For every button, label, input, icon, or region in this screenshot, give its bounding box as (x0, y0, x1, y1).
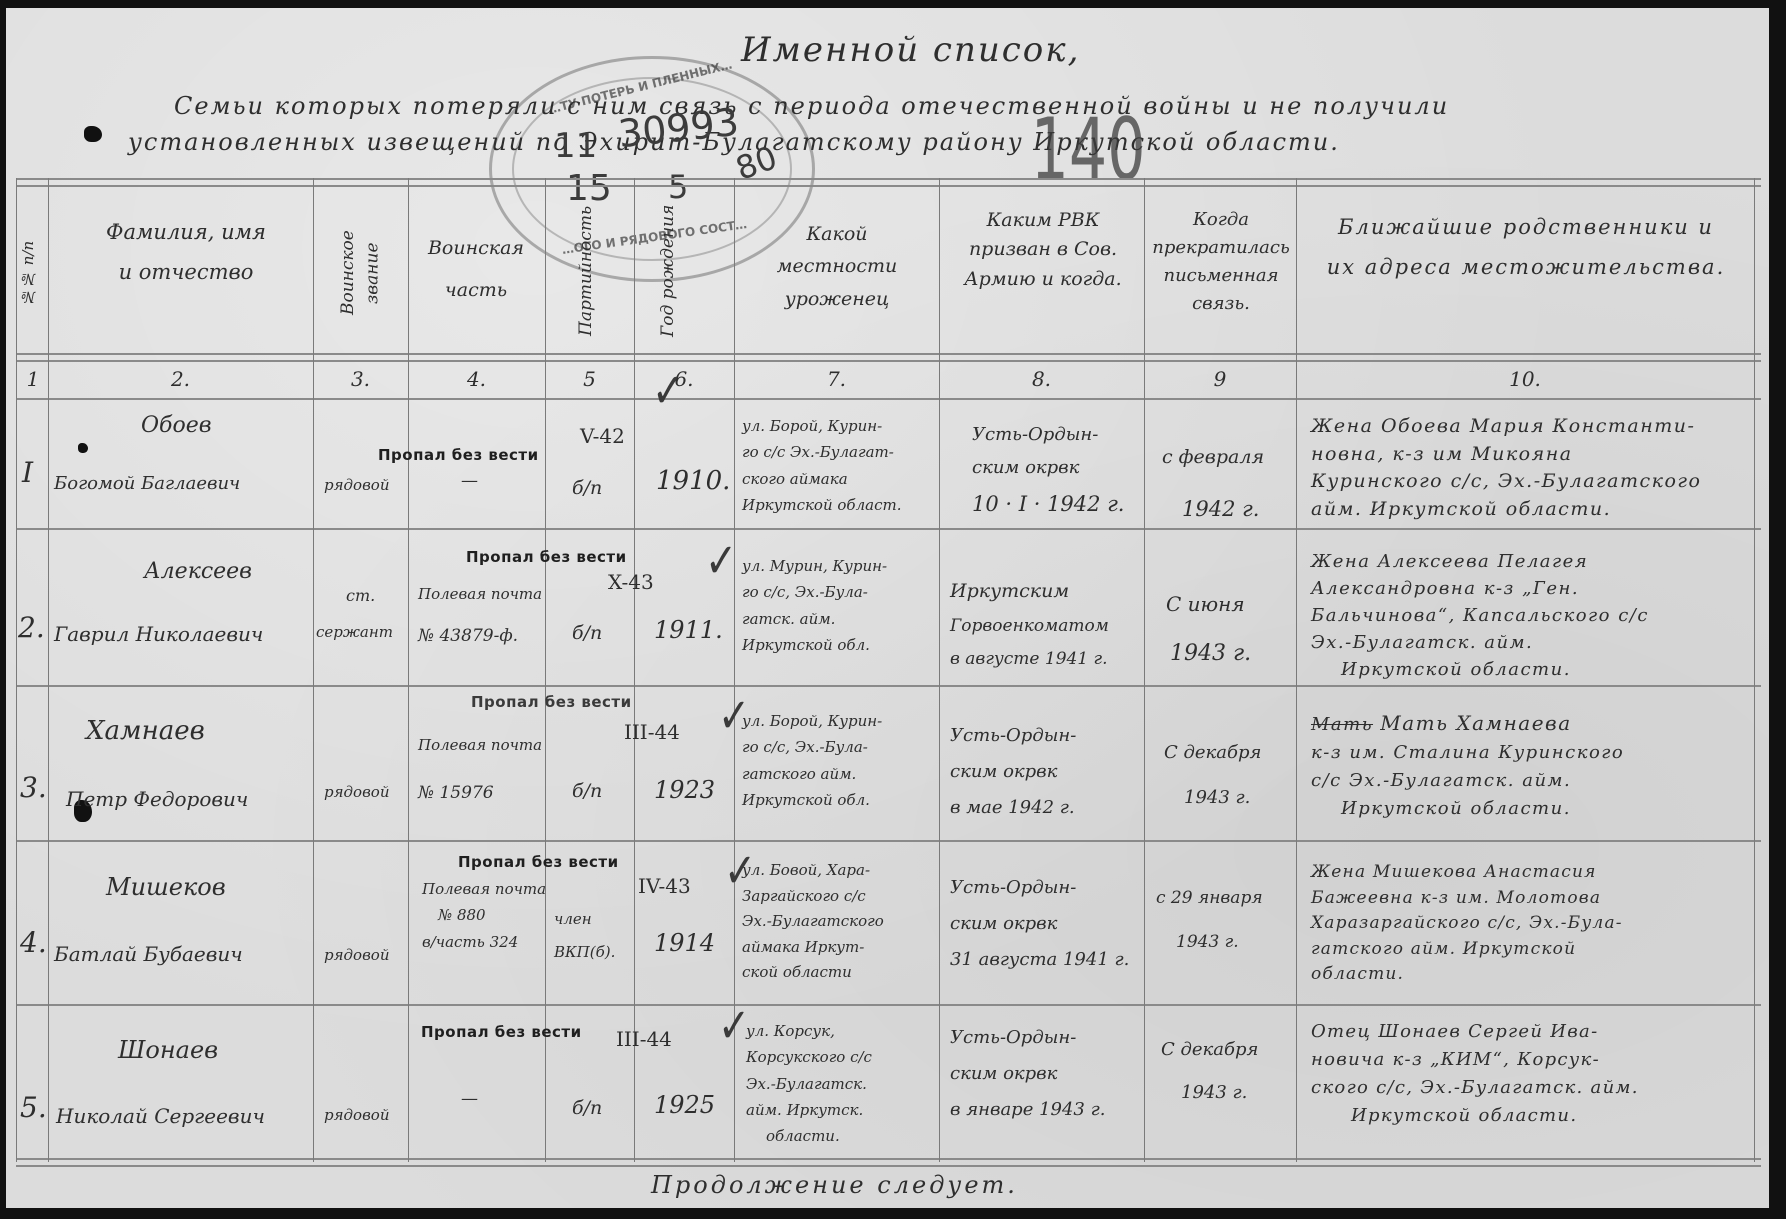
colnum-7: 7. (734, 365, 939, 394)
birth-year: 1910. (656, 463, 730, 501)
continuation-note: Продолжение следует. (651, 1171, 1018, 1199)
header-origin: Какой местности уроженец (746, 218, 928, 315)
mark: X-43 (608, 566, 654, 598)
lost-contact: С декабря1943 г. (1164, 730, 1292, 820)
colnum-1: 1 (18, 365, 48, 394)
drafted: Усть-Ордын-ским окрвк10 · I · 1942 г. (972, 418, 1142, 523)
given-names: Батлай Бубаевич (54, 938, 243, 970)
mark-11: 11 (554, 126, 597, 166)
surname: Мишеков (106, 870, 226, 905)
colnum-3: 3. (313, 365, 408, 394)
rank: сержант (316, 620, 393, 644)
paper-hole (84, 126, 102, 142)
row-number: I (22, 453, 33, 494)
row-number: 5. (20, 1088, 47, 1129)
unit: Полевая почта№ 15976 (418, 723, 548, 819)
struck-word: Мать (1311, 714, 1373, 735)
checkmark-icon: ✓ (705, 533, 737, 589)
origin: ул. Борой, Курин-го с/с, Эх.-Була-гатско… (742, 708, 937, 813)
unit: — (461, 468, 478, 495)
party: б/п (572, 776, 602, 806)
party: б/п (572, 1093, 602, 1123)
relatives: Мать Мать Хамнаева к-з им. Сталина Курин… (1311, 708, 1751, 823)
unit: — (461, 1086, 478, 1113)
drafted: ИркутскимГорвоенкоматомв августе 1941 г. (950, 573, 1142, 676)
birth-year: 1914 (654, 926, 715, 961)
document-title: Именной список, (741, 30, 1080, 70)
paper-hole (78, 443, 88, 453)
relatives: Жена Алексеева ПелагеяАлександровна к-з … (1311, 548, 1751, 683)
given-names: Гаврил Николаевич (54, 618, 263, 650)
relatives: Отец Шонаев Сергей Ива-новича к-з „КИМ“,… (1311, 1018, 1751, 1130)
document-subtitle-line1: Семьи которых потеряли с ним связь с пер… (174, 92, 1449, 120)
rank: рядовой (324, 780, 390, 804)
header-drafted: Каким РВК призван в Сов. Армию и когда. (948, 206, 1138, 294)
colnum-2: 2. (48, 365, 313, 394)
row-number: 4. (20, 923, 47, 964)
birth-year: 1923 (654, 773, 715, 808)
header-unit: Воинская часть (426, 228, 526, 312)
checkmark-icon: ✓ (652, 363, 684, 419)
lost-contact: с 29 января1943 г. (1156, 876, 1294, 964)
rank-prefix: ст. (346, 583, 375, 609)
missing-stamp: Пропал без вести (471, 693, 632, 711)
missing-stamp: Пропал без вести (378, 446, 539, 464)
unit: Полевая почта№ 880в/часть 324 (422, 876, 552, 955)
large-pencil-number: 140 (1031, 100, 1146, 200)
relatives: Жена Обоева Мария Константи-новна, к-з и… (1311, 413, 1751, 523)
document-page: …ТУ ПОТЕРЬ И ПЛЕННЫХ… …ОГО И РЯДОВОГО СО… (6, 8, 1769, 1208)
mark: IV-43 (638, 870, 691, 902)
header-number: №№ п/п (18, 198, 46, 348)
lost-contact: с февраля1942 г. (1162, 433, 1292, 537)
lost-contact: С декабря1943 г. (1161, 1028, 1293, 1114)
unit: Полевая почта№ 43879-ф. (418, 575, 548, 658)
given-names: Петр Федорович (66, 783, 248, 815)
row-number: 3. (20, 768, 47, 809)
header-rank: Воинское звание (336, 203, 386, 343)
surname: Алексеев (144, 556, 252, 588)
header-lost-contact: Когда прекратилась письменная связь. (1152, 206, 1290, 318)
origin: ул. Борой, Курин-го с/с Эх.-Булагат-ског… (742, 413, 937, 518)
surname: Шонаев (118, 1033, 218, 1068)
missing-stamp: Пропал без вести (458, 853, 619, 871)
header-party: Партийность (574, 193, 608, 348)
row-number: 2. (18, 608, 45, 649)
origin: ул. Бовой, Хара-Заргайского с/сЭх.-Булаг… (742, 858, 937, 986)
origin: ул. Мурин, Курин-го с/с, Эх.-Була-гатск.… (742, 553, 937, 658)
given-names: Николай Сергеевич (56, 1100, 265, 1132)
mark: III-44 (616, 1023, 672, 1055)
colnum-5: 5 (545, 365, 634, 394)
surname: Обоев (141, 410, 212, 442)
rank: рядовой (324, 473, 390, 497)
lost-contact: С июня1943 г. (1166, 580, 1294, 681)
party: б/п (572, 473, 602, 503)
header-full-name: Фамилия, имя и отчество (96, 213, 276, 293)
header-relatives: Ближайшие родственники и их адреса место… (1326, 208, 1726, 288)
birth-year: 1925 (654, 1088, 715, 1123)
mark: V-42 (580, 420, 625, 452)
missing-stamp: Пропал без вести (421, 1023, 582, 1041)
drafted: Усть-Ордын-ским окрвкв январе 1943 г. (950, 1020, 1142, 1128)
colnum-8: 8. (939, 365, 1144, 394)
party: членВКП(б). (554, 903, 634, 969)
rank: рядовой (324, 943, 390, 967)
colnum-4: 4. (408, 365, 545, 394)
surname: Хамнаев (86, 713, 205, 751)
drafted: Усть-Ордын-ским окрвк31 августа 1941 г. (950, 870, 1142, 978)
birth-year: 1911. (654, 613, 723, 648)
origin: ул. Корсук,Корсукского с/сЭх.-Булагатск.… (746, 1018, 941, 1149)
rank: рядовой (324, 1103, 390, 1127)
relatives: Жена Мишекова АнастасияБажеевна к-з им. … (1311, 860, 1751, 988)
party: б/п (572, 618, 602, 648)
given-names: Богомой Баглаевич (54, 470, 240, 499)
header-birth-year: Год рождения (656, 193, 712, 348)
mark: III-44 (624, 716, 680, 748)
missing-stamp: Пропал без вести (466, 548, 627, 566)
colnum-10: 10. (1296, 365, 1754, 394)
drafted: Усть-Ордын-ским окрвкв мае 1942 г. (950, 718, 1142, 826)
colnum-9: 9 (1144, 365, 1296, 394)
